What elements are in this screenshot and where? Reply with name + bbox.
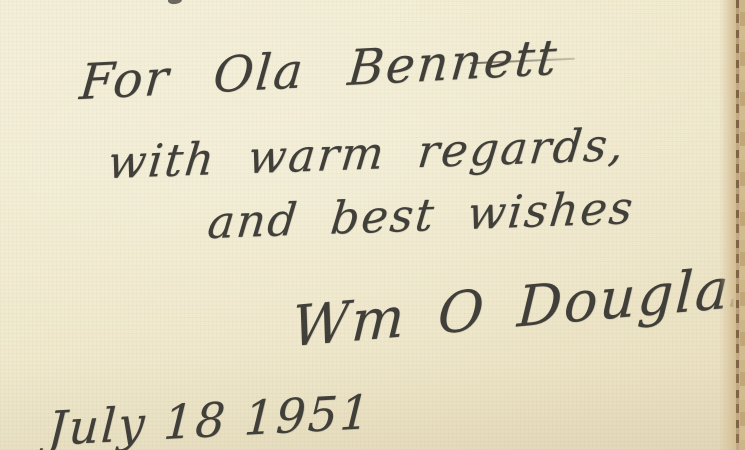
signature: Wm O Douglas — [291, 259, 745, 357]
inscription-date: July 18 1951 — [47, 389, 373, 450]
inscription-line-3: and best wishes — [206, 185, 637, 245]
inscription-recipient-line: For Ola Bennett — [78, 33, 561, 107]
inscription-line-2: with warm regards, — [106, 122, 628, 185]
book-fore-edge — [719, 0, 745, 450]
stray-ink-mark — [168, 0, 183, 5]
fore-edge-dark-line — [736, 0, 739, 450]
fore-edge-outer-strip — [740, 0, 745, 450]
scanned-book-page: For Ola Bennett with warm regards, and b… — [0, 0, 745, 450]
